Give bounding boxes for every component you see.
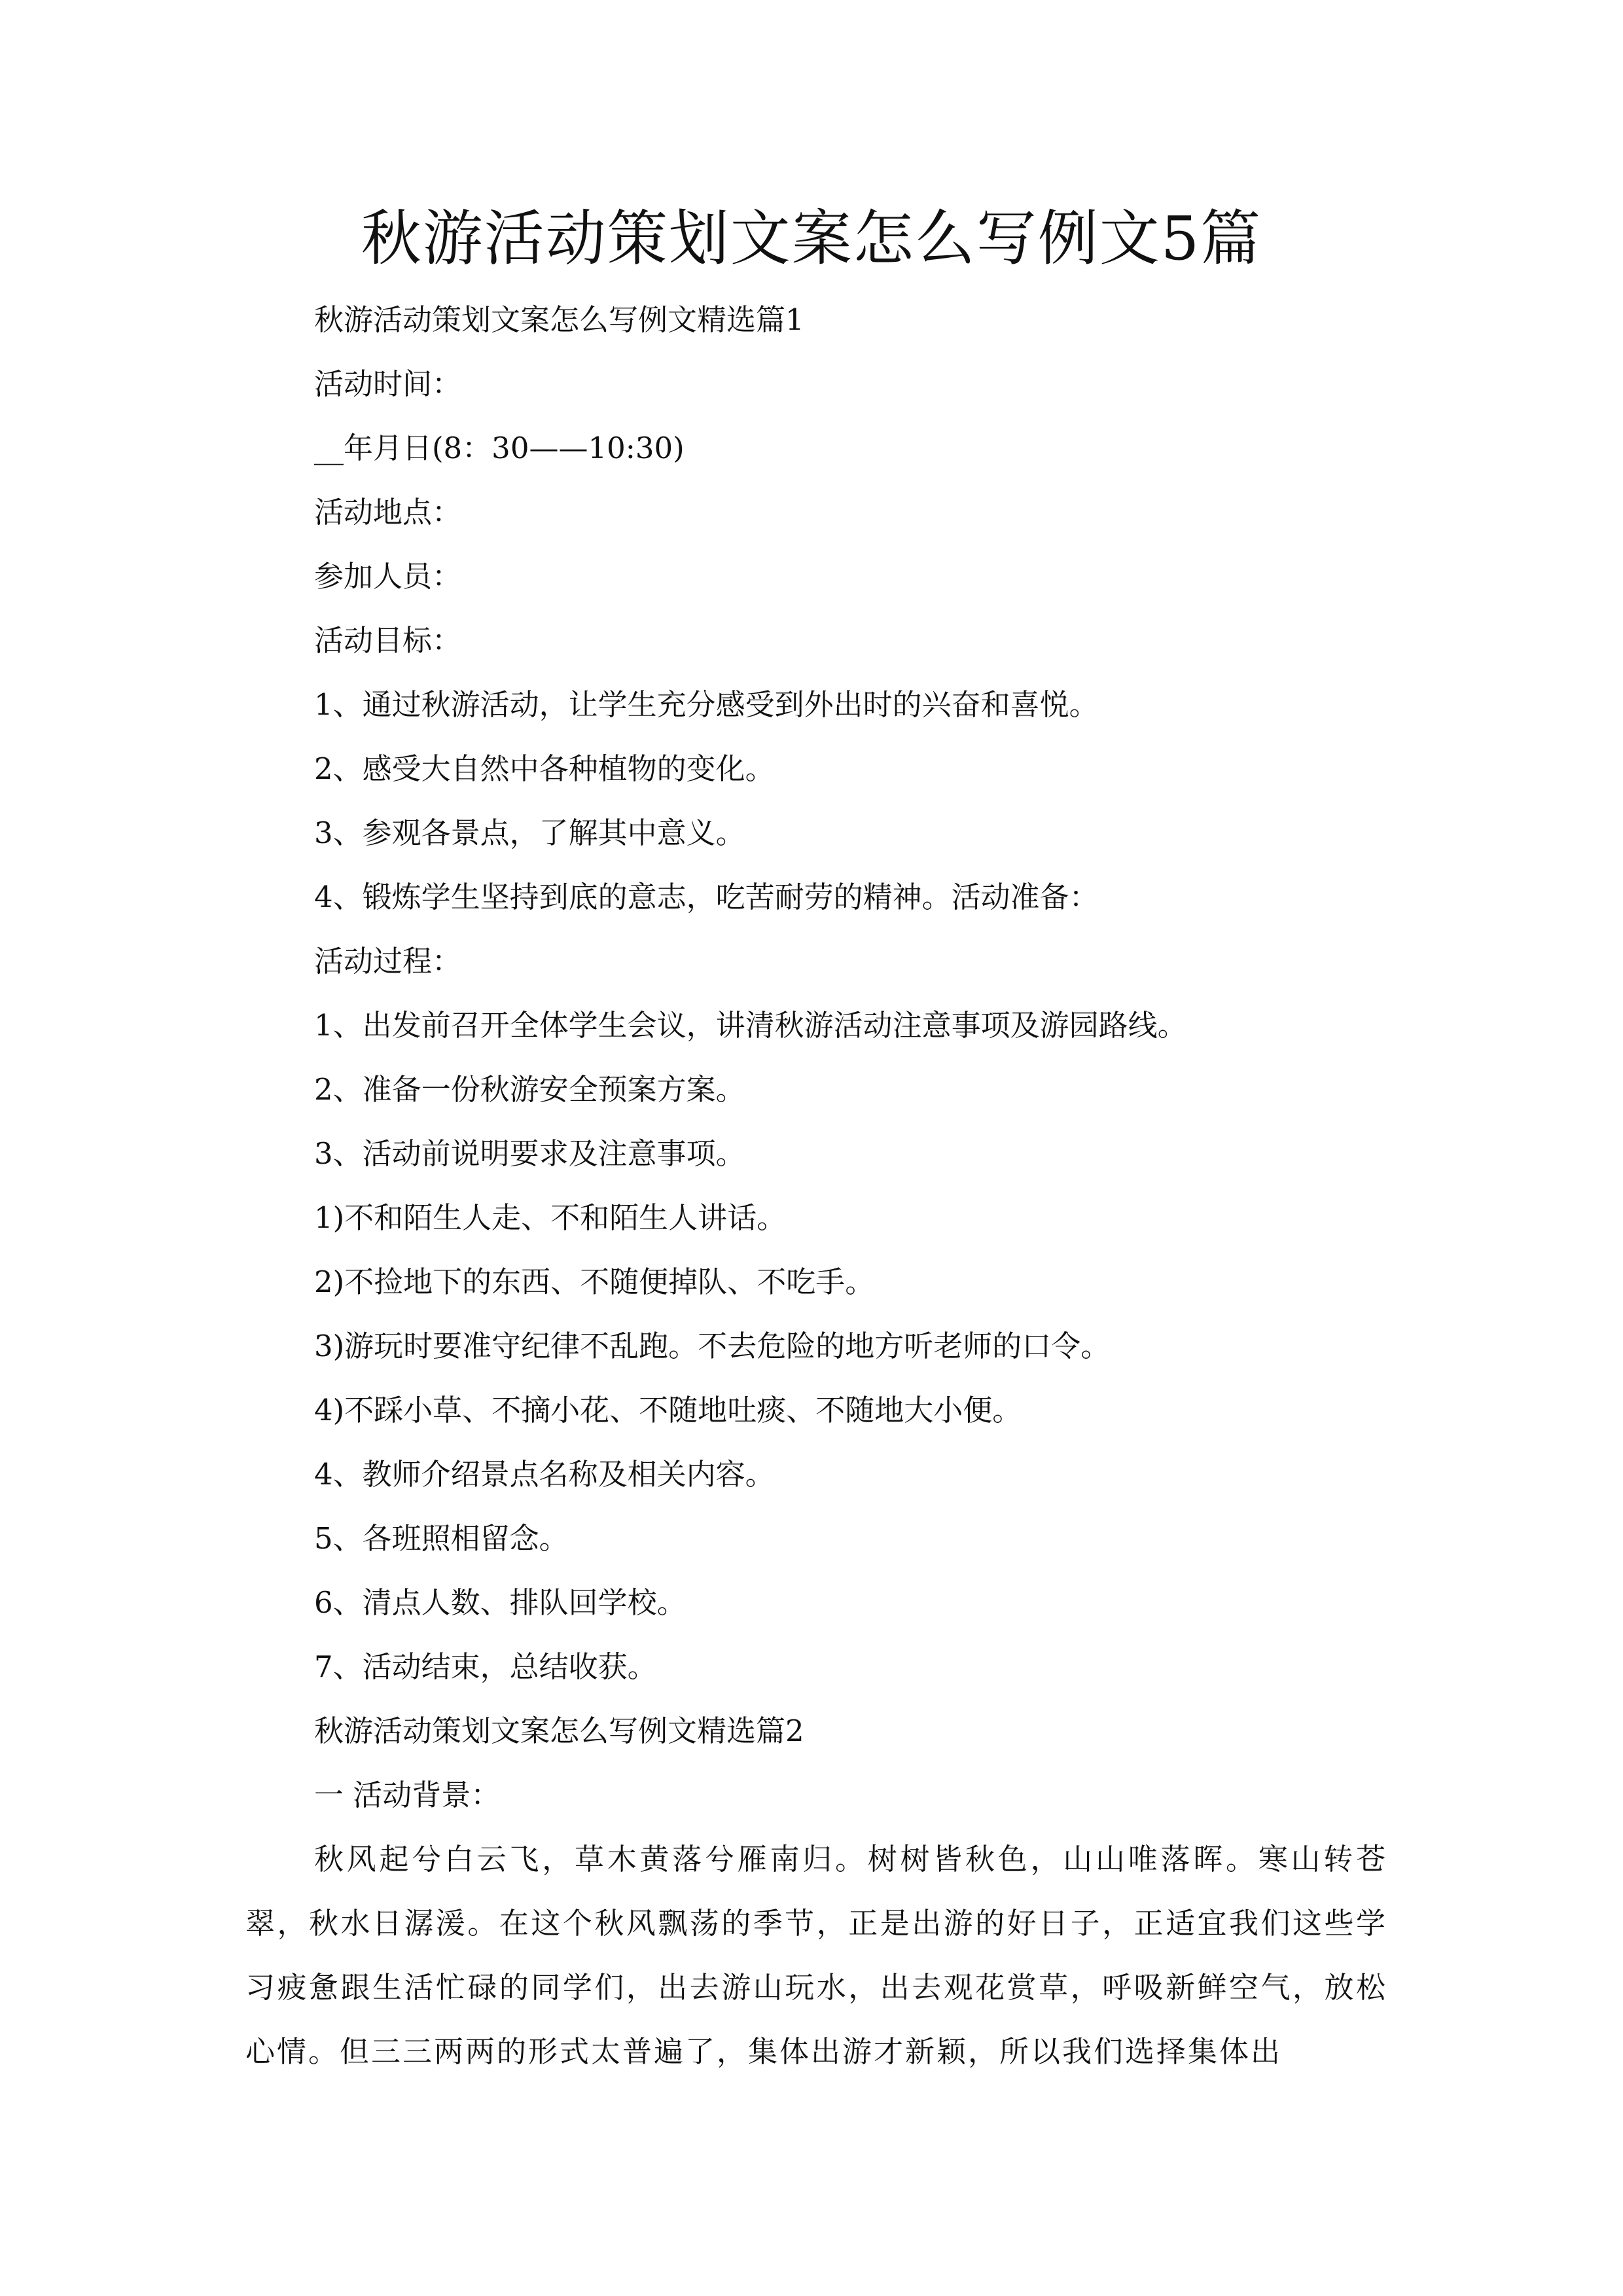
activity-time-value: __年月日(8：30——10:30) — [245, 416, 1387, 480]
activity-time-label: 活动时间： — [245, 352, 1387, 416]
section-heading-2: 秋游活动策划文案怎么写例文精选篇2 — [245, 1699, 1387, 1763]
goal-item: 1、通过秋游活动，让学生充分感受到外出时的兴奋和喜悦。 — [245, 673, 1387, 737]
section-heading-1: 秋游活动策划文案怎么写例文精选篇1 — [245, 288, 1387, 352]
background-subheading: 一 活动背景： — [245, 1763, 1387, 1827]
process-item: 7、活动结束，总结收获。 — [245, 1635, 1387, 1699]
document-page: 秋游活动策划文案怎么写例文5篇 秋游活动策划文案怎么写例文精选篇1 活动时间： … — [0, 0, 1623, 2296]
rule-item: 2)不捡地下的东西、不随便掉队、不吃手。 — [245, 1250, 1387, 1314]
process-item: 6、清点人数、排队回学校。 — [245, 1571, 1387, 1635]
goal-item: 4、锻炼学生坚持到底的意志，吃苦耐劳的精神。活动准备： — [245, 865, 1387, 929]
goal-item: 2、感受大自然中各种植物的变化。 — [245, 737, 1387, 801]
rule-item: 4)不踩小草、不摘小花、不随地吐痰、不随地大小便。 — [245, 1378, 1387, 1443]
process-item: 3、活动前说明要求及注意事项。 — [245, 1122, 1387, 1186]
participants-label: 参加人员： — [245, 545, 1387, 609]
process-item: 2、准备一份秋游安全预案方案。 — [245, 1058, 1387, 1122]
rule-item: 1)不和陌生人走、不和陌生人讲话。 — [245, 1186, 1387, 1250]
activity-location-label: 活动地点： — [245, 480, 1387, 545]
process-item: 5、各班照相留念。 — [245, 1507, 1387, 1571]
background-paragraph: 秋风起兮白云飞，草木黄落兮雁南归。树树皆秋色，山山唯落晖。寒山转苍翠，秋水日潺湲… — [245, 1827, 1387, 2084]
process-item: 4、教师介绍景点名称及相关内容。 — [245, 1443, 1387, 1507]
process-item: 1、出发前召开全体学生会议，讲清秋游活动注意事项及游园路线。 — [245, 994, 1387, 1058]
rule-item: 3)游玩时要准守纪律不乱跑。不去危险的地方听老师的口令。 — [245, 1314, 1387, 1378]
document-body: 秋游活动策划文案怎么写例文精选篇1 活动时间： __年月日(8：30——10:3… — [245, 288, 1387, 2084]
activity-process-label: 活动过程： — [245, 929, 1387, 994]
document-title: 秋游活动策划文案怎么写例文5篇 — [0, 196, 1623, 281]
activity-goals-label: 活动目标： — [245, 609, 1387, 673]
goal-item: 3、参观各景点，了解其中意义。 — [245, 801, 1387, 865]
